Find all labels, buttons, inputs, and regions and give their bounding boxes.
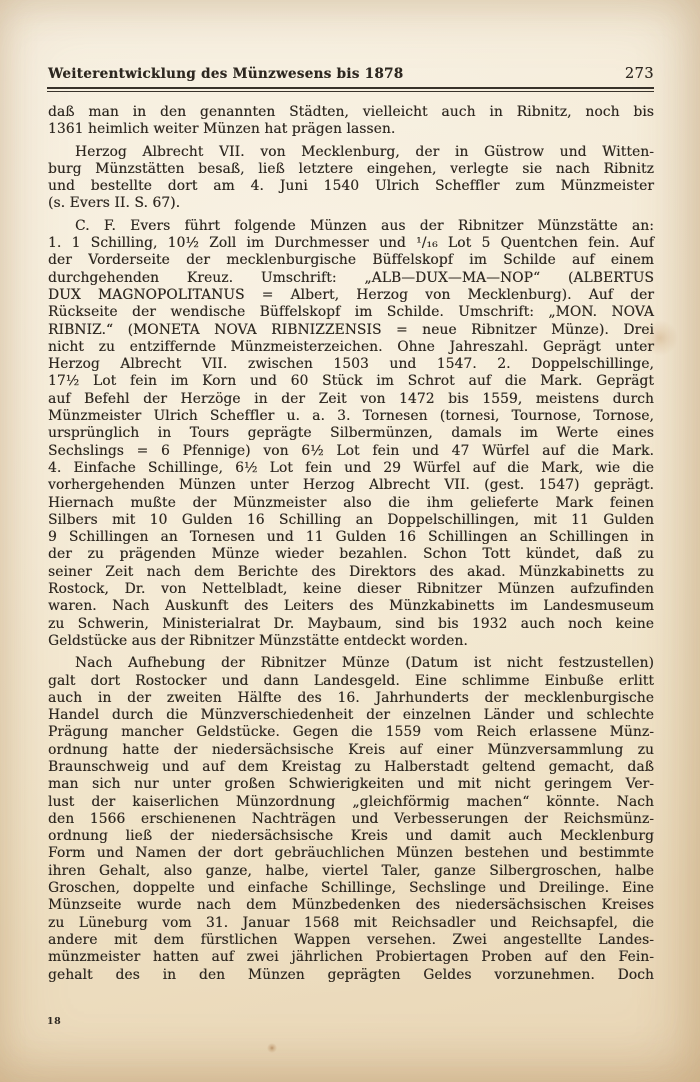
- page-body-text: daß man in den genannten Städten, vielle…: [48, 104, 654, 984]
- paragraph: Nach Aufhebung der Ribnitzer Münze (Datu…: [48, 655, 654, 984]
- text-line: Prägung mancher Geldstücke. Gegen die 15…: [48, 724, 654, 741]
- book-page: Weiterentwicklung des Münzwesens bis 187…: [0, 0, 700, 1082]
- text-line: Münzmeister Ulrich Scheffler u. a. 3. To…: [48, 408, 654, 425]
- text-line: lust der kaiserlichen Münzordnung „gleic…: [48, 794, 654, 811]
- text-line: 4. Einfache Schillinge, 6½ Lot fein und …: [48, 460, 654, 477]
- text-line: RIBNIZ.“ (MONETA NOVA RIBNIZZENSIS = neu…: [48, 322, 654, 339]
- text-line: Handel durch die Münzverschiedenheit der…: [48, 707, 654, 724]
- text-line: zu Lüneburg vom 31. Januar 1568 mit Reic…: [48, 915, 654, 932]
- text-line: und bestellte dort am 4. Juni 1540 Ulric…: [48, 178, 654, 195]
- text-line: daß man in den genannten Städten, vielle…: [48, 104, 654, 121]
- printers-sheet-mark: 18: [47, 1016, 61, 1027]
- text-line: Groschen, doppelte und einfache Schillin…: [48, 880, 654, 897]
- text-line: waren. Nach Auskunft des Leiters des Mün…: [48, 598, 654, 615]
- text-line: vorhergehenden Münzen unter Herzog Albre…: [48, 477, 654, 494]
- paragraph: C. F. Evers führt folgende Münzen aus de…: [48, 218, 654, 650]
- page-number: 273: [625, 66, 654, 82]
- text-line: 9 Schillingen an Tornesen und 11 Gulden …: [48, 529, 654, 546]
- text-line: Geldstücke aus der Ribnitzer Münzstätte …: [48, 633, 654, 650]
- text-line: durchgehenden Kreuz. Umschrift: „ALB—DUX…: [48, 270, 654, 287]
- text-line: 1361 heimlich weiter Münzen hat prägen l…: [48, 121, 654, 138]
- text-line: 17½ Lot fein im Korn und 60 Stück im Sch…: [48, 373, 654, 390]
- text-line: Münzseite wurde nach dem Münzbedenken de…: [48, 897, 654, 914]
- text-line: Herzog Albrecht VII. von Mecklenburg, de…: [48, 144, 654, 161]
- paragraph: Herzog Albrecht VII. von Mecklenburg, de…: [48, 144, 654, 213]
- text-line: (s. Evers II. S. 67).: [48, 195, 654, 212]
- text-line: Form und Namen der dort gebräuchlichen M…: [48, 845, 654, 862]
- text-line: ursprünglich in Tours geprägte Silbermün…: [48, 425, 654, 442]
- text-line: münzmeister hatten auf zwei jährlichen P…: [48, 949, 654, 966]
- text-line: auf Befehl der Herzöge in der Zeit von 1…: [48, 391, 654, 408]
- text-line: DUX MAGNOPOLITANUS = Albert, Herzog von …: [48, 287, 654, 304]
- text-line: Nach Aufhebung der Ribnitzer Münze (Datu…: [48, 655, 654, 672]
- text-line: Hiernach mußte der Münzmeister also die …: [48, 495, 654, 512]
- text-line: Rostock, Dr. von Nettelbladt, keine dies…: [48, 581, 654, 598]
- running-header-title: Weiterentwicklung des Münzwesens bis 187…: [48, 66, 403, 82]
- text-line: andere mit dem fürstlichen Wappen verseh…: [48, 932, 654, 949]
- paragraph: daß man in den genannten Städten, vielle…: [48, 104, 654, 139]
- text-line: Silbers mit 10 Gulden 16 Schilling an Do…: [48, 512, 654, 529]
- text-line: Rückseite der wendische Büffelskopf im S…: [48, 304, 654, 321]
- text-line: zu Schwerin, Ministerialrat Dr. Maybaum,…: [48, 616, 654, 633]
- text-line: seiner Zeit nach dem Berichte des Direkt…: [48, 564, 654, 581]
- text-line: der Vorderseite der mecklenburgische Büf…: [48, 252, 654, 269]
- text-line: galt dort Rostocker und dann Landesgeld.…: [48, 673, 654, 690]
- text-line: gehalt des in den Münzen geprägten Gelde…: [48, 967, 654, 984]
- text-line: 1. 1 Schilling, 10½ Zoll im Durchmesser …: [48, 235, 654, 252]
- text-line: ihren Gehalt, also ganze, halbe, viertel…: [48, 863, 654, 880]
- text-line: auch in der zweiten Hälfte des 16. Jahrh…: [48, 690, 654, 707]
- text-line: Braunschweig und auf dem Kreistag zu Hal…: [48, 759, 654, 776]
- text-line: Herzog Albrecht VII. zwischen 1503 und 1…: [48, 356, 654, 373]
- text-line: der zu prägenden Münze wieder bezahlen. …: [48, 546, 654, 563]
- text-line: den 1566 erschienenen Nachträgen und Ver…: [48, 811, 654, 828]
- text-line: C. F. Evers führt folgende Münzen aus de…: [48, 218, 654, 235]
- running-header: Weiterentwicklung des Münzwesens bis 187…: [48, 66, 654, 82]
- text-line: burg Münzstätten besaß, ließ letztere ei…: [48, 161, 654, 178]
- text-line: ordnung hatte der niedersächsische Kreis…: [48, 742, 654, 759]
- text-line: ordnung ließ der niedersächsische Kreis …: [48, 828, 654, 845]
- text-line: man sich nur unter großen Schwierigkeite…: [48, 776, 654, 793]
- text-line: nicht zu entziffernde Münzmeisterzeichen…: [48, 339, 654, 356]
- text-line: Sechslings = 6 Pfennige) von 6½ Lot fein…: [48, 443, 654, 460]
- header-rule-thick: [47, 87, 654, 89]
- header-rule-thin: [47, 91, 654, 92]
